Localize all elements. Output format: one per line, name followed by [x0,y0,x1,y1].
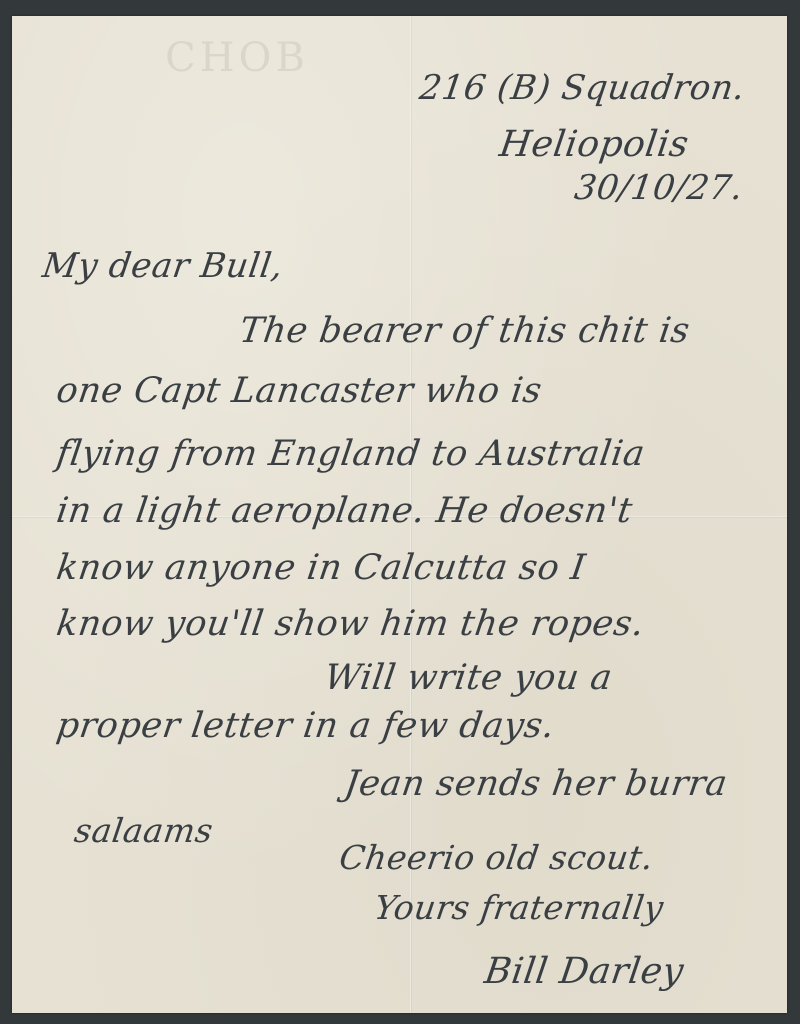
body-line: know you'll show him the ropes. [54,604,647,644]
signature: Bill Darley [482,951,686,992]
body-line: Will write you a [322,658,615,698]
location-address: Heliopolis [497,124,691,165]
squadron-address: 216 (B) Squadron. [417,68,748,108]
letter-date: 30/10/27. [572,168,746,208]
body-line: flying from England to Australia [54,434,647,474]
closing-valediction: Yours fraternally [372,888,666,927]
body-line: The bearer of this chit is [237,311,692,351]
body-line: one Capt Lancaster who is [54,371,544,411]
embossed-letterhead: CHOB [122,28,352,88]
letter-paper: CHOB 216 (B) Squadron. Heliopolis 30/10/… [12,16,787,1013]
body-line: proper letter in a few days. [54,706,557,746]
body-line: know anyone in Calcutta so I [54,548,588,588]
salutation: My dear Bull, [40,246,286,286]
closing-phrase: Cheerio old scout. [337,838,656,877]
body-line: in a light aeroplane. He doesn't [54,491,635,531]
body-line: Jean sends her burra [342,764,730,804]
body-line: salaams [72,811,216,850]
